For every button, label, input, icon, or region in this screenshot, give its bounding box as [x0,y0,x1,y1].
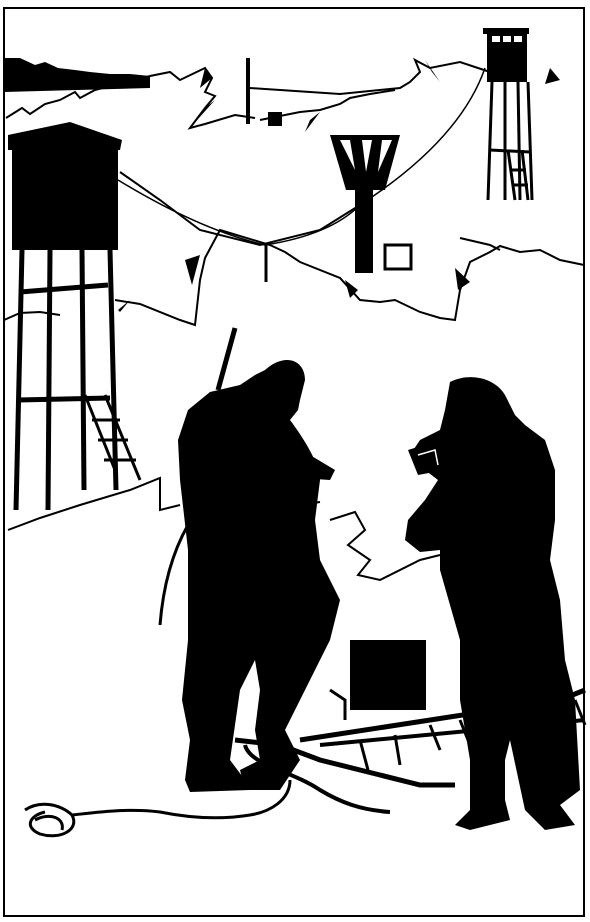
illustration [0,0,590,922]
distant-house [268,112,282,126]
instrument-box [350,640,426,710]
